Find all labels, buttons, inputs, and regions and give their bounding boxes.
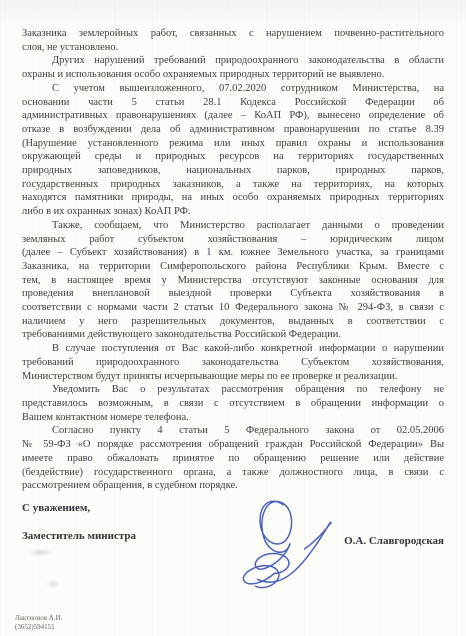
signer-title: Заместитель министра — [22, 530, 136, 542]
body-line: Также, сообщаем, что Министерство распол… — [22, 219, 444, 233]
closing-block: С уважением, Заместитель министра О.А. С… — [22, 502, 444, 547]
salutation: С уважением, — [22, 502, 444, 514]
body-line: имеете право обжаловать принятое по обра… — [22, 452, 444, 466]
body-line: Вашем контактном номере телефона. — [22, 411, 444, 425]
body-line: отказе в возбуждении дела об администрат… — [22, 123, 444, 137]
body-line: В случае поступления от Вас какой-либо к… — [22, 342, 444, 356]
paragraph: Уведомить Вас о результатах рассмотрения… — [22, 383, 444, 424]
scan-smudge — [46, 580, 61, 588]
scanned-letter-page: Заказника землеройных работ, связанных с… — [0, 0, 466, 636]
executor-phone: (3652)594151 — [15, 623, 62, 632]
paragraph: Заказника землеройных работ, связанных с… — [22, 27, 444, 54]
scan-smudge — [28, 549, 54, 556]
body-line: Других нарушений требований природоохран… — [22, 54, 444, 68]
body-line: охраны и использования особо охраняемых … — [22, 68, 444, 82]
body-line: тем, в настоящее время у Министерства от… — [22, 274, 444, 288]
body-line: (далее – Субъект хозяйствования) в 1 км.… — [22, 246, 444, 260]
letter-body: Заказника землеройных работ, связанных с… — [22, 27, 444, 493]
paragraph: Других нарушений требований природоохран… — [22, 54, 444, 81]
paragraph: Согласно пункту 4 статьи 5 Федерального … — [22, 424, 444, 493]
paragraph: С учетом вышеизложенного, 07.02.2020 сот… — [22, 82, 444, 219]
body-line: Заказника, на территории Симферопольског… — [22, 260, 444, 274]
body-line: (бездействие) государственного органа, а… — [22, 466, 444, 480]
body-line: слоя, не установлено. — [22, 41, 444, 55]
body-line: административных правонарушениях (далее … — [22, 109, 444, 123]
paragraph: Также, сообщаем, что Министерство распол… — [22, 219, 444, 342]
body-line: государственных природных заказников, а … — [22, 178, 444, 192]
body-line: природных заповедников, национальных пар… — [22, 164, 444, 178]
executor-footer: Лактионов А.И. (3652)594151 — [15, 614, 62, 632]
body-line: окружающей среды и природных ресурсов на… — [22, 150, 444, 164]
body-line: Уведомить Вас о результатах рассмотрения… — [22, 383, 444, 397]
body-line: № 59-ФЗ «О порядке рассмотрения обращени… — [22, 438, 444, 452]
body-line: соответствии с нормами части 2 статьи 10… — [22, 301, 444, 315]
body-line: Министерством будут приняты исчерпывающи… — [22, 370, 444, 384]
body-line: Заказника землеройных работ, связанных с… — [22, 27, 444, 41]
paragraph: В случае поступления от Вас какой-либо к… — [22, 342, 444, 383]
body-line: С учетом вышеизложенного, 07.02.2020 сот… — [22, 82, 444, 96]
signer-name: О.А. Славгородская — [344, 535, 444, 547]
body-line: земляных работ субъектом хозяйствования … — [22, 233, 444, 247]
body-line: Согласно пункту 4 статьи 5 Федерального … — [22, 424, 444, 438]
body-line: наличием у него разрешительных документо… — [22, 315, 444, 329]
body-line: основании части 5 статьи 28.1 Кодекса Ро… — [22, 96, 444, 110]
body-line: требованиями действующего законодательст… — [22, 328, 444, 342]
body-line: рассмотрением обращения, в судебном поря… — [22, 479, 444, 493]
executor-name: Лактионов А.И. — [15, 614, 62, 623]
body-line: требований природоохранного законодатель… — [22, 356, 444, 370]
body-line: представилось возможным, в связи с отсут… — [22, 397, 444, 411]
body-line: либо в их охранных зонах) КоАП РФ. — [22, 205, 444, 219]
signature-row: Заместитель министра О.А. Славгородская — [22, 530, 444, 547]
body-line: (Нарушение установленного режима или ины… — [22, 137, 444, 151]
body-line: находятся памятники природы, на иных осо… — [22, 191, 444, 205]
body-line: проведения внеплановой выездной проверки… — [22, 287, 444, 301]
